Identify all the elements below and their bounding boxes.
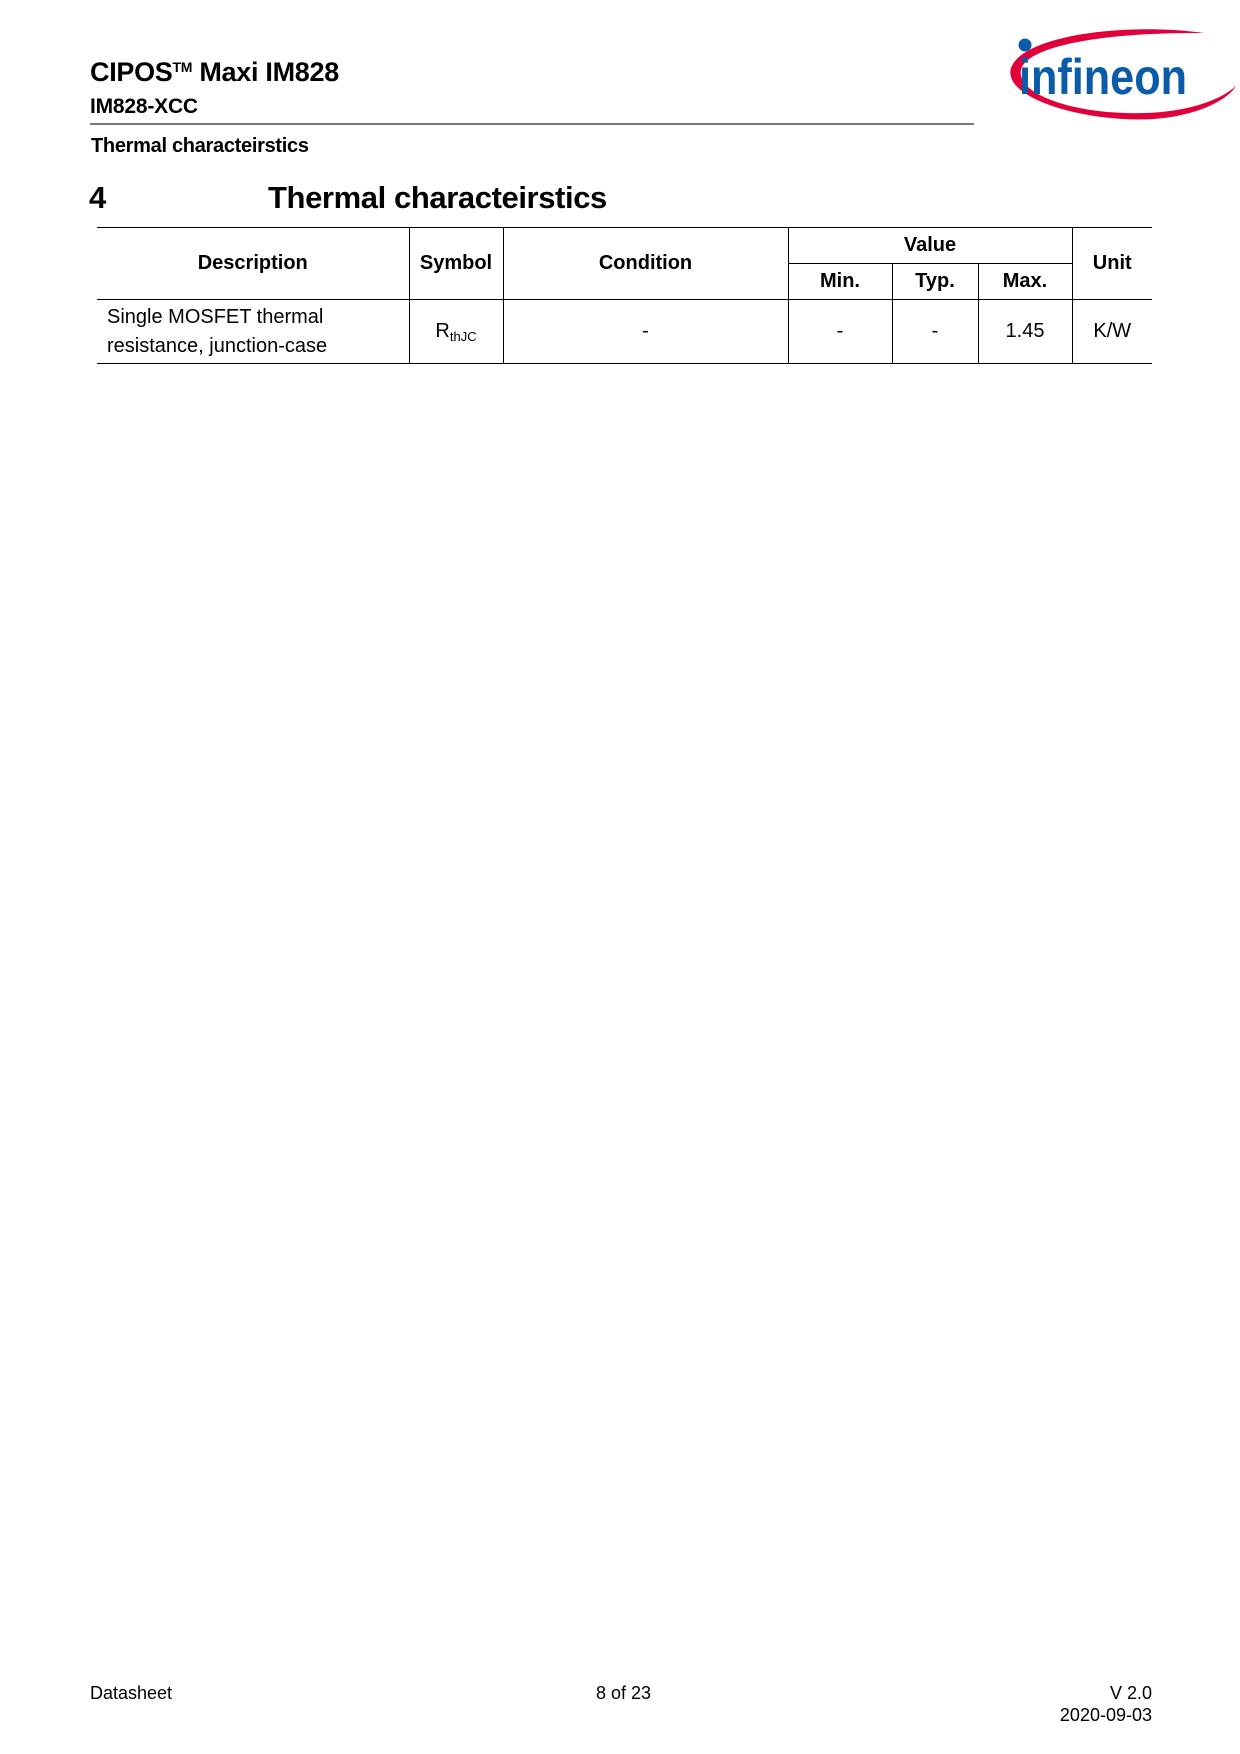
symbol-subscript: thJC [450,329,477,344]
header-unit: Unit [1072,228,1152,300]
infineon-logo: infineon [1004,26,1240,126]
symbol-main: R [435,320,449,342]
thermal-characteristics-table: Description Symbol Condition Value Unit … [97,227,1152,364]
header-symbol: Symbol [409,228,503,300]
logo-text: infineon [1019,49,1187,105]
footer-page-number: 8 of 23 [596,1683,651,1704]
header-condition: Condition [503,228,788,300]
section-title: Thermal characteirstics [268,180,607,216]
section-number: 4 [89,180,106,216]
cell-max: 1.45 [978,300,1072,364]
footer-date: 2020-09-03 [1060,1705,1152,1726]
cell-description: Single MOSFET thermal resistance, juncti… [97,300,409,364]
running-header: Thermal characteirstics [91,135,309,158]
table-header-row: Description Symbol Condition Value Unit [97,228,1152,264]
cell-symbol: RthJC [409,300,503,364]
cell-condition: - [503,300,788,364]
cell-typ: - [892,300,978,364]
footer-version: V 2.0 [1110,1683,1152,1704]
title-main: CIPOS [90,57,173,87]
document-subtitle: IM828-XCC [90,95,198,119]
cell-unit: K/W [1072,300,1152,364]
document-title: CIPOSTM Maxi IM828 [90,57,339,88]
header-value: Value [788,228,1072,264]
logo-graphic: infineon [1004,26,1240,126]
header-description: Description [97,228,409,300]
header-max: Max. [978,264,1072,300]
footer-doc-type: Datasheet [90,1683,172,1704]
header-typ: Typ. [892,264,978,300]
trademark-mark: TM [173,59,193,75]
header-min: Min. [788,264,892,300]
header-divider [90,123,974,125]
table-row: Single MOSFET thermal resistance, juncti… [97,300,1152,364]
cell-min: - [788,300,892,364]
title-rest: Maxi IM828 [192,57,339,87]
